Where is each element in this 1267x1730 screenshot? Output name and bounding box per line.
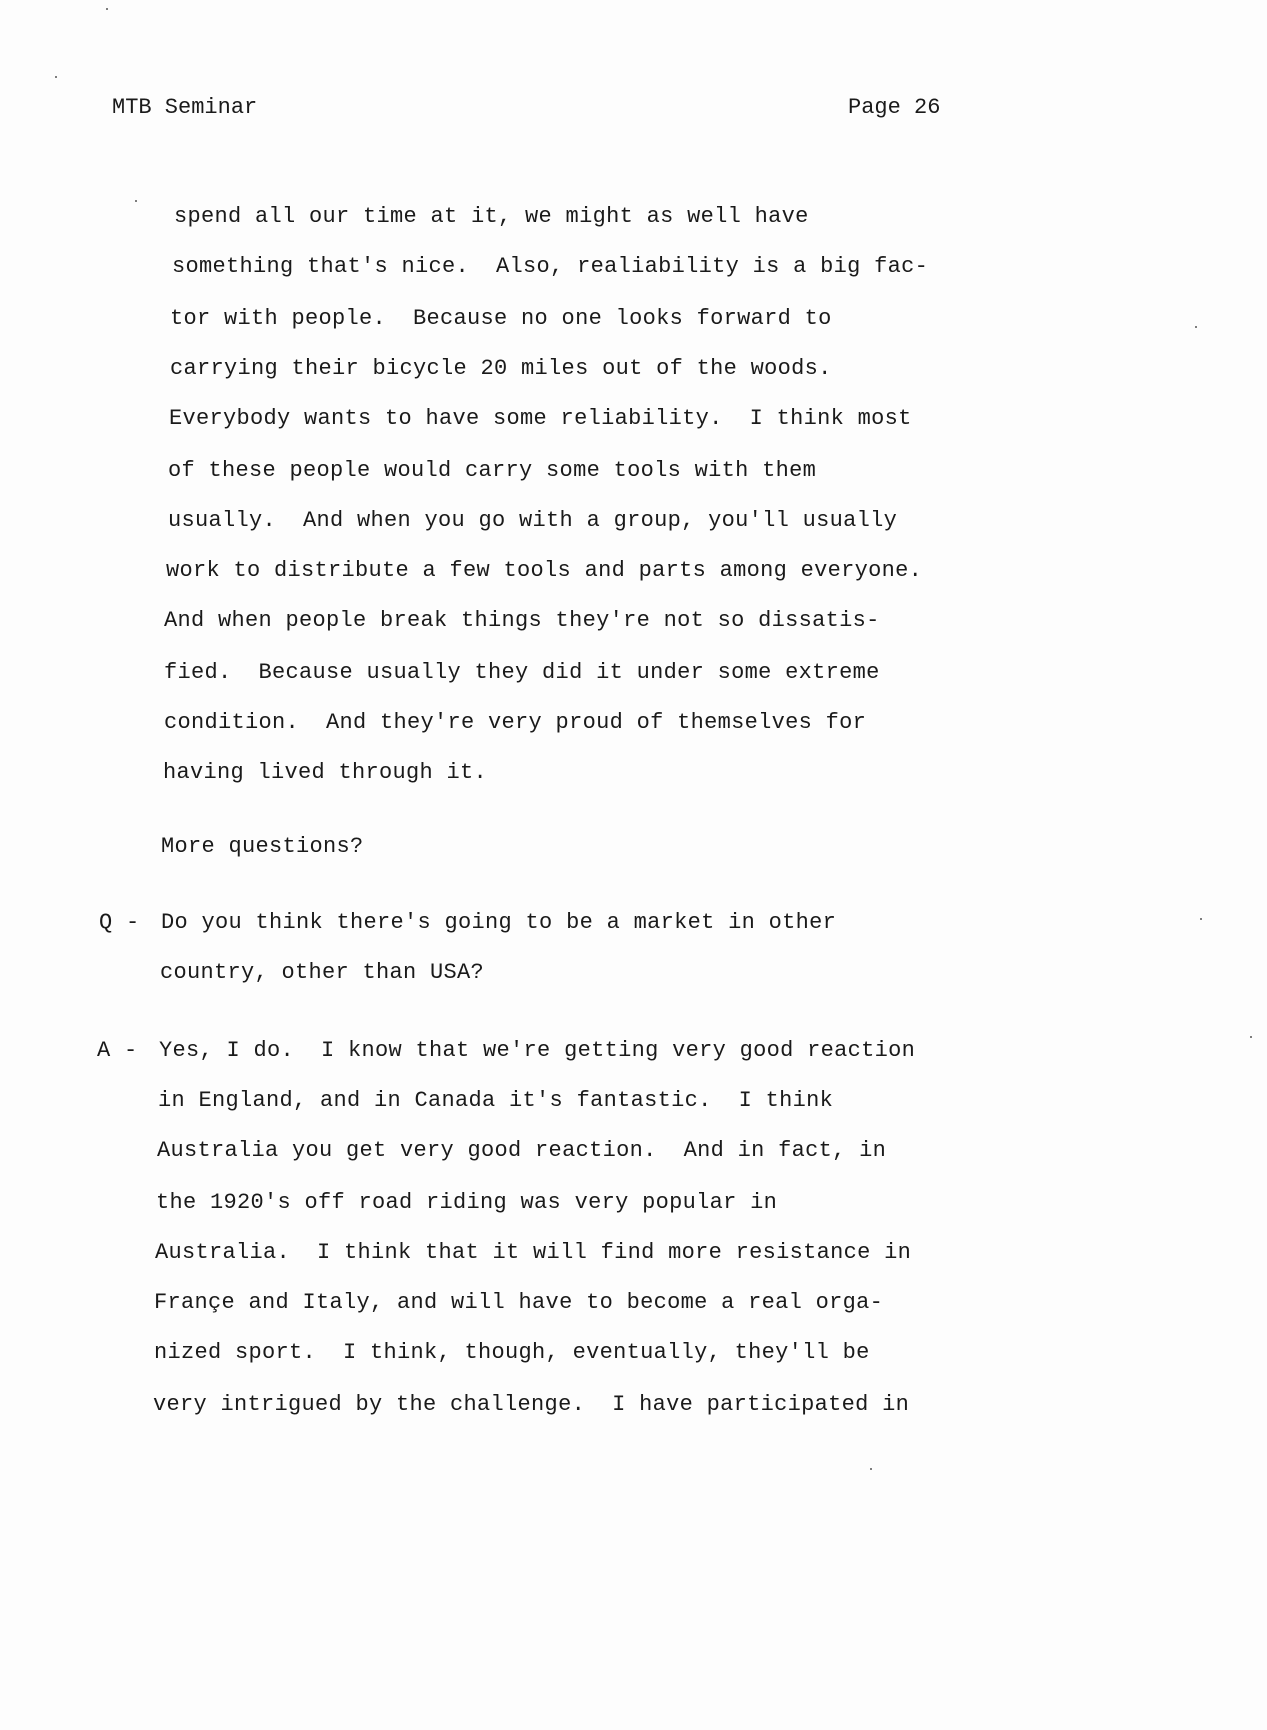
transcript-line: fied. Because usually they did it under … <box>164 660 880 685</box>
transcript-line: country, other than USA? <box>160 960 484 985</box>
transcript-line: carrying their bicycle 20 miles out of t… <box>170 356 832 381</box>
scan-speck <box>1195 326 1197 328</box>
transcript-line: usually. And when you go with a group, y… <box>168 508 897 533</box>
transcript-line: work to distribute a few tools and parts… <box>166 558 922 583</box>
scan-speck <box>106 8 108 10</box>
transcript-line: spend all our time at it, we might as we… <box>174 204 809 229</box>
transcript-line: Yes, I do. I know that we're getting ver… <box>159 1038 915 1063</box>
transcript-line: Do you think there's going to be a marke… <box>161 910 836 935</box>
transcript-line: Australia. I think that it will find mor… <box>155 1240 911 1265</box>
transcript-line: nized sport. I think, though, eventually… <box>154 1340 870 1365</box>
transcript-line: More questions? <box>161 834 364 859</box>
speaker-prefix: A - <box>97 1038 151 1063</box>
transcript-line: the 1920's off road riding was very popu… <box>156 1190 777 1215</box>
scan-speck <box>55 76 57 78</box>
transcript-line: Everybody wants to have some reliability… <box>169 406 912 431</box>
transcript-line: Françe and Italy, and will have to becom… <box>154 1290 883 1315</box>
speaker-prefix: Q - <box>99 910 153 935</box>
scan-speck <box>135 200 137 202</box>
transcript-line: Australia you get very good reaction. An… <box>157 1138 886 1163</box>
transcript-line: condition. And they're very proud of the… <box>164 710 866 735</box>
transcript-line: very intrigued by the challenge. I have … <box>153 1392 909 1417</box>
transcript-line: And when people break things they're not… <box>164 608 880 633</box>
transcript-line: of these people would carry some tools w… <box>168 458 816 483</box>
scan-speck <box>1200 918 1202 920</box>
transcript-line: having lived through it. <box>163 760 487 785</box>
document-header-title: MTB Seminar <box>112 95 257 120</box>
transcript-line: something that's nice. Also, realiabilit… <box>172 254 928 279</box>
scan-speck <box>1250 1036 1252 1038</box>
transcript-line: in England, and in Canada it's fantastic… <box>158 1088 833 1113</box>
scan-speck <box>870 1468 872 1470</box>
page-number: Page 26 <box>848 95 940 120</box>
transcript-line: tor with people. Because no one looks fo… <box>170 306 832 331</box>
